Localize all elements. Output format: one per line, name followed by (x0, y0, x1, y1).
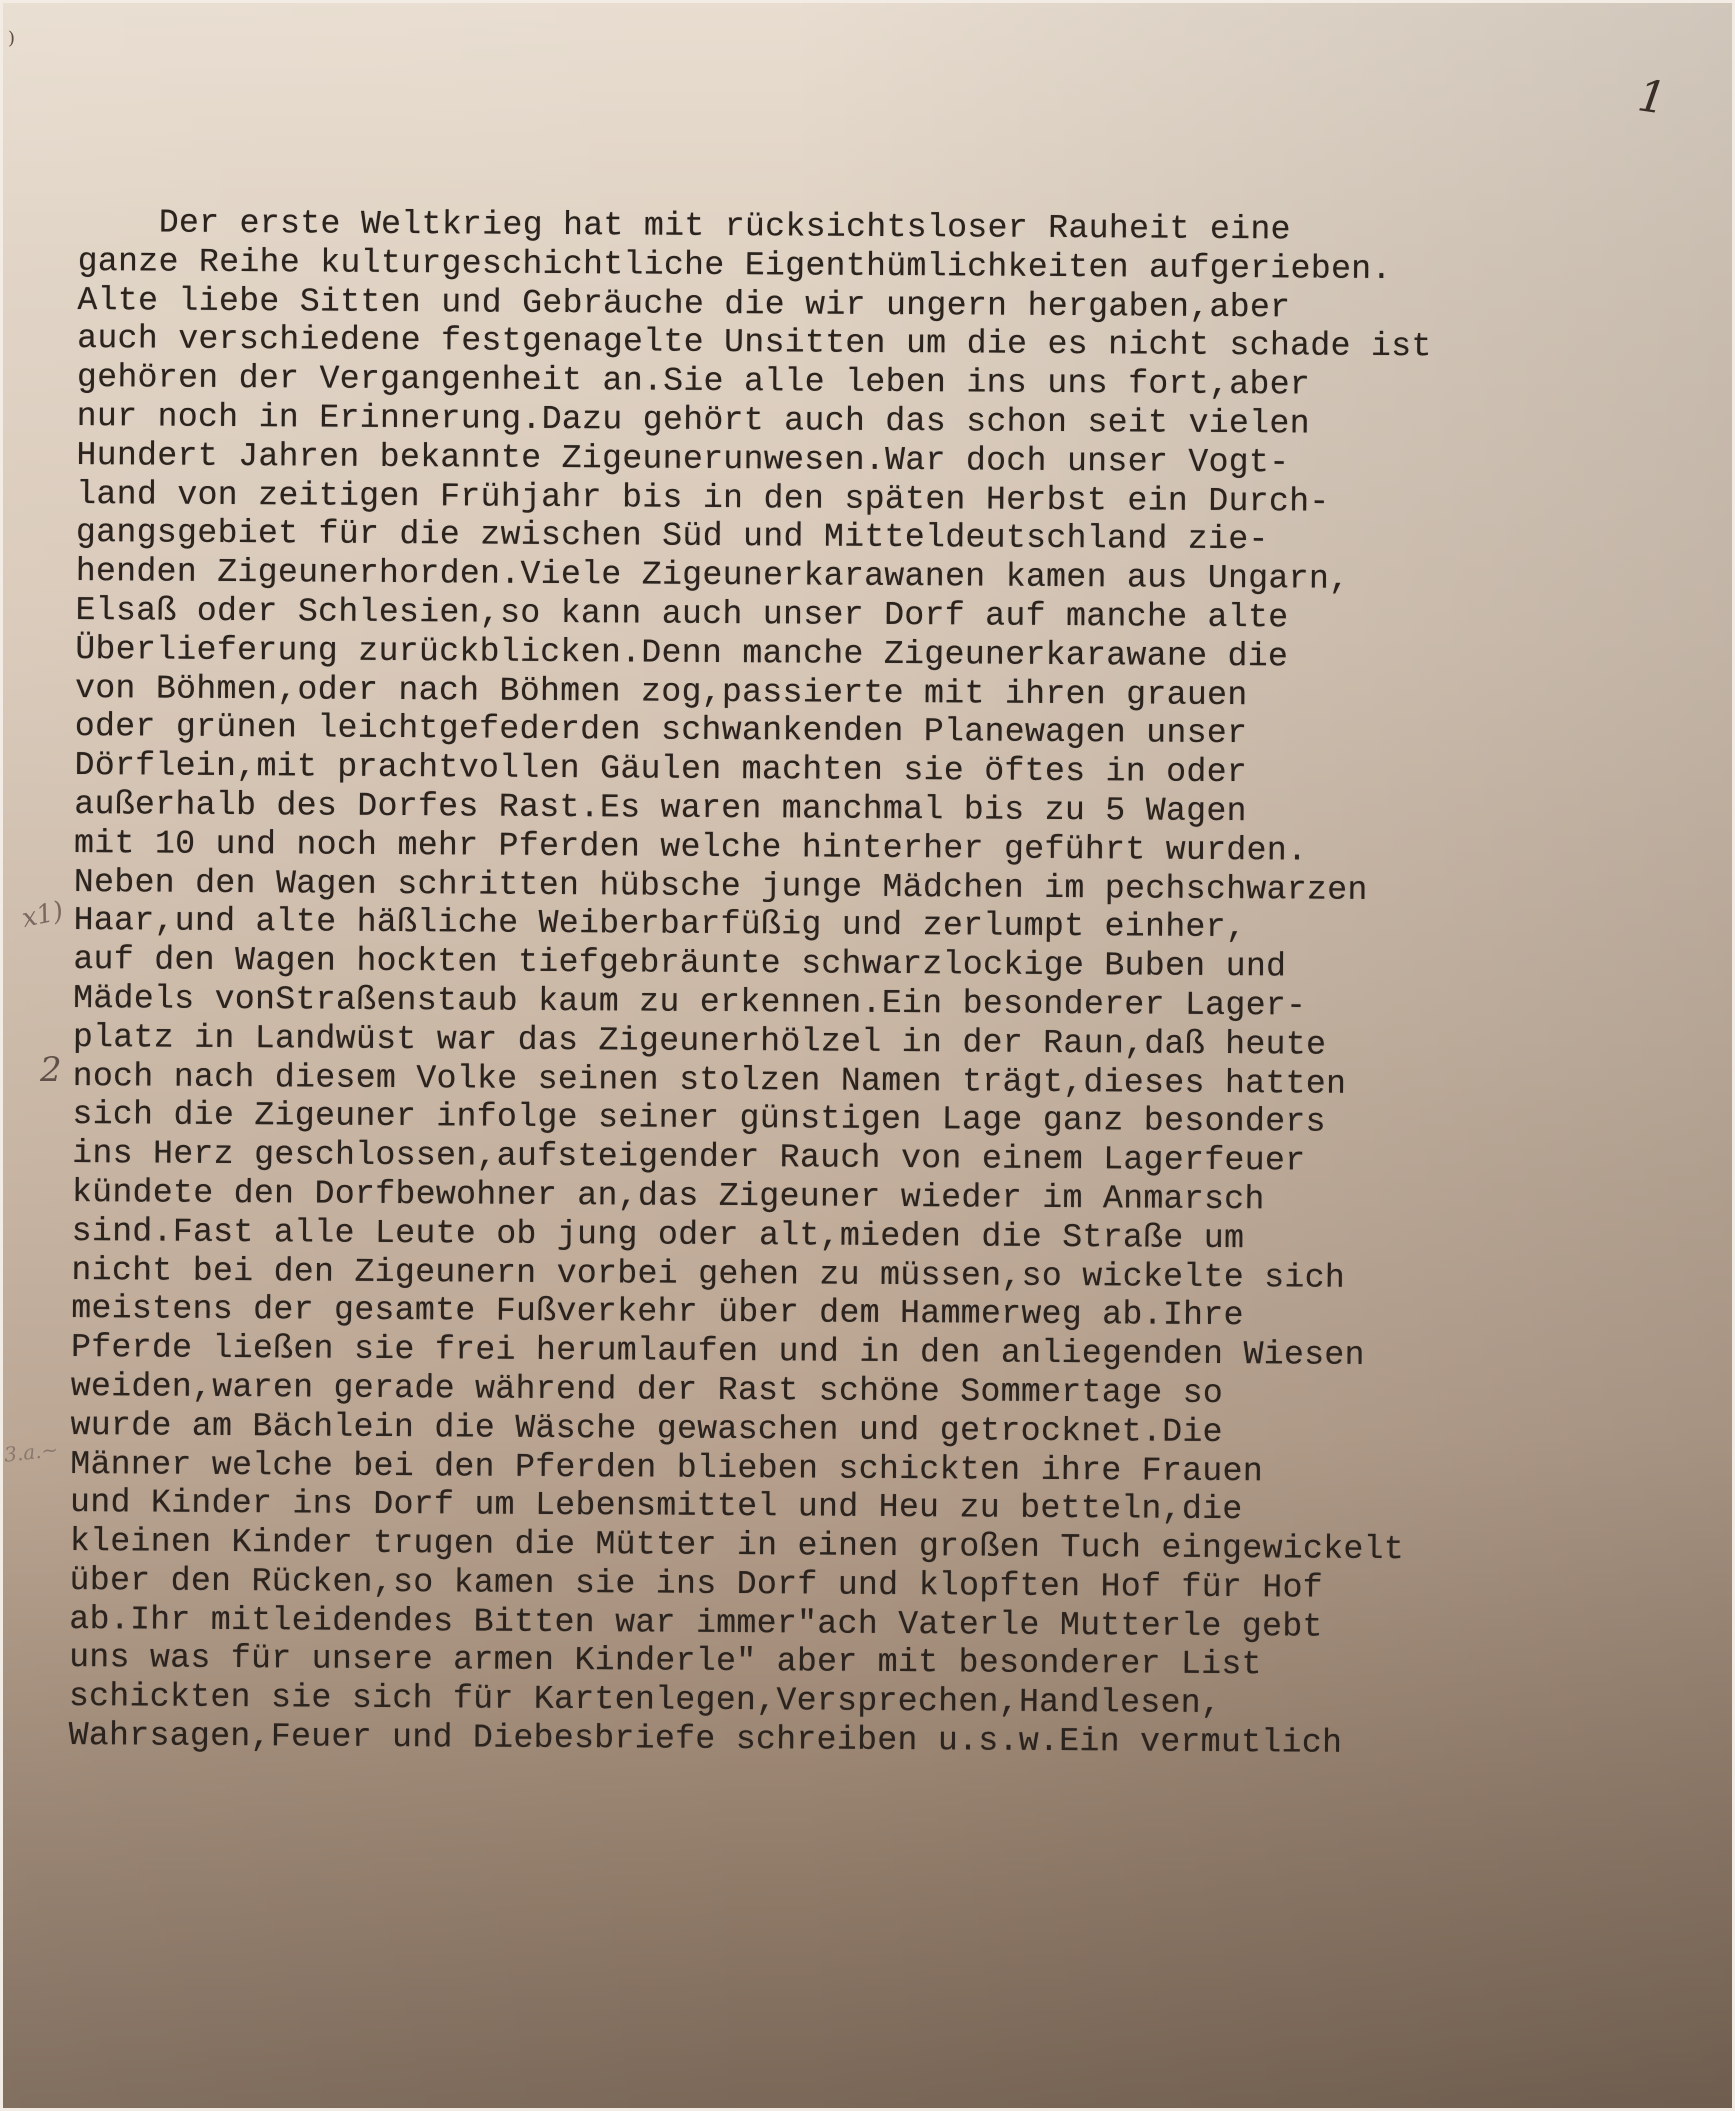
typewritten-page: ) 1 x1) 2 3.a.~ Der erste Weltkrieg hat … (0, 0, 1735, 2111)
handwritten-page-number: 1 (1635, 70, 1670, 124)
margin-note-x1: x1) (19, 896, 66, 934)
corner-pencil-mark: ) (8, 28, 15, 49)
typed-text-body: Der erste Weltkrieg hat mit rücksichtslo… (69, 203, 1718, 1765)
margin-note-scribble: 3.a.~ (3, 1437, 59, 1467)
margin-note-2: 2 (40, 1050, 62, 1090)
